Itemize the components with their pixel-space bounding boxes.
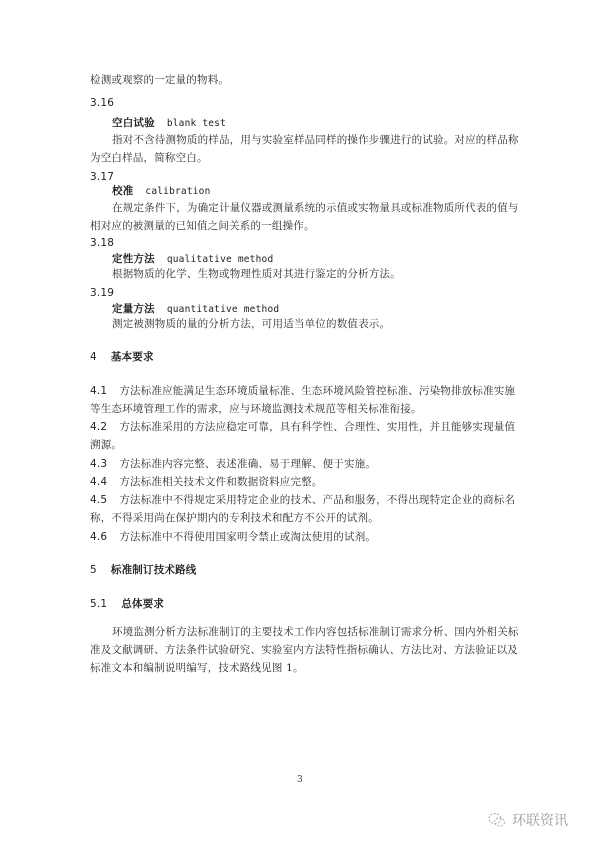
term-heading: 定量方法quantitative method: [112, 302, 534, 317]
clause-text: 方法标准中不得使用国家明令禁止或淘汰使用的试剂。: [119, 531, 376, 543]
clause-number: 4.3: [90, 458, 107, 470]
document-page: 检测或观察的一定量的物料。 3.16 空白试验blank test 指对不含待测…: [0, 0, 600, 848]
definition-text: 测定被测物质的量的分析方法，可用适当单位的数值表示。: [112, 317, 534, 331]
term-cn: 校准: [112, 185, 133, 197]
clause-number: 4.4: [90, 476, 107, 488]
clause-number: 4.5: [90, 494, 107, 506]
page-number: 3: [297, 775, 303, 785]
paragraph-text: 标准文本和编制说明编写，技术路线见图 1。: [90, 661, 512, 675]
section-heading-4: 4基本要求: [90, 350, 512, 364]
clause-text: 称，不得采用尚在保护期内的专利技术和配方不公开的试剂。: [90, 511, 512, 525]
text-line: 检测或观察的一定量的物料。: [90, 73, 512, 87]
term-cn: 定量方法: [112, 303, 155, 315]
clause-4-1: 4.1方法标准应能满足生态环境质量标准、生态环境风险管控标准、污染物排放标准实施: [90, 384, 512, 398]
subsection-number: 5.1: [90, 598, 107, 610]
section-title: 基本要求: [111, 351, 154, 363]
term-cn: 定性方法: [112, 253, 155, 265]
clause-text: 方法标准中不得规定采用特定企业的技术、产品和服务，不得出现特定企业的商标名: [119, 494, 515, 506]
clause-text: 溯源。: [90, 438, 512, 452]
definition-number: 3.17: [90, 170, 512, 184]
section-number: 4: [90, 351, 97, 363]
subsection-heading-5-1: 5.1总体要求: [90, 597, 512, 611]
clause-4-2: 4.2方法标准采用的方法应稳定可靠，具有科学性、合理性、实用性，并且能够实现量值: [90, 420, 512, 434]
clause-4-3: 4.3方法标准内容完整、表述准确、易于理解、便于实施。: [90, 457, 512, 471]
term-cn: 空白试验: [112, 117, 155, 129]
term-heading: 定性方法qualitative method: [112, 252, 534, 267]
term-en: calibration: [145, 186, 210, 197]
section-heading-5: 5标准制订技术路线: [90, 563, 512, 577]
definition-number: 3.18: [90, 236, 512, 250]
definition-number: 3.19: [90, 286, 512, 300]
watermark-text: 环联资讯: [512, 810, 568, 830]
paragraph-text: 准及文献调研、方法条件试验研究、实验室内方法特性指标确认、方法比对、方法验证以及: [90, 643, 512, 657]
definition-text: 相对应的被测量的已知值之间关系的一组操作。: [90, 219, 512, 233]
clause-4-4: 4.4方法标准相关技术文件和数据资料应完整。: [90, 475, 512, 489]
clause-4-5: 4.5方法标准中不得规定采用特定企业的技术、产品和服务，不得出现特定企业的商标名: [90, 493, 512, 507]
clause-4-6: 4.6方法标准中不得使用国家明令禁止或淘汰使用的试剂。: [90, 530, 512, 544]
section-number: 5: [90, 564, 97, 576]
paragraph-text: 环境监测分析方法标准制订的主要技术工作内容包括标准制订需求分析、国内外相关标: [112, 625, 534, 639]
definition-text: 指对不含待测物质的样品，用与实验室样品同样的操作步骤进行的试验。对应的样品称: [112, 133, 534, 147]
definition-text: 为空白样品，简称空白。: [90, 151, 512, 165]
clause-number: 4.2: [90, 421, 107, 433]
wechat-icon: [488, 812, 506, 828]
clause-text: 等生态环境管理工作的需求，应与环境监测技术规范等相关标准衔接。: [90, 402, 512, 416]
term-en: quantitative method: [167, 304, 279, 315]
section-title: 标准制订技术路线: [111, 564, 197, 576]
watermark: 环联资讯: [488, 810, 568, 830]
term-heading: 空白试验blank test: [112, 116, 534, 131]
clause-text: 方法标准内容完整、表述准确、易于理解、便于实施。: [119, 458, 376, 470]
clause-number: 4.6: [90, 531, 107, 543]
term-en: blank test: [167, 118, 226, 129]
clause-number: 4.1: [90, 385, 107, 397]
definition-text: 在规定条件下，为确定计量仪器或测量系统的示值或实物量具或标准物质所代表的值与: [112, 201, 534, 215]
definition-text: 根据物质的化学、生物或物理性质对其进行鉴定的分析方法。: [112, 267, 534, 281]
definition-number: 3.16: [90, 96, 512, 110]
clause-text: 方法标准采用的方法应稳定可靠，具有科学性、合理性、实用性，并且能够实现量值: [119, 421, 515, 433]
subsection-title: 总体要求: [121, 598, 164, 610]
term-heading: 校准calibration: [112, 184, 534, 199]
term-en: qualitative method: [167, 254, 274, 265]
clause-text: 方法标准相关技术文件和数据资料应完整。: [119, 476, 322, 488]
clause-text: 方法标准应能满足生态环境质量标准、生态环境风险管控标准、污染物排放标准实施: [119, 385, 515, 397]
